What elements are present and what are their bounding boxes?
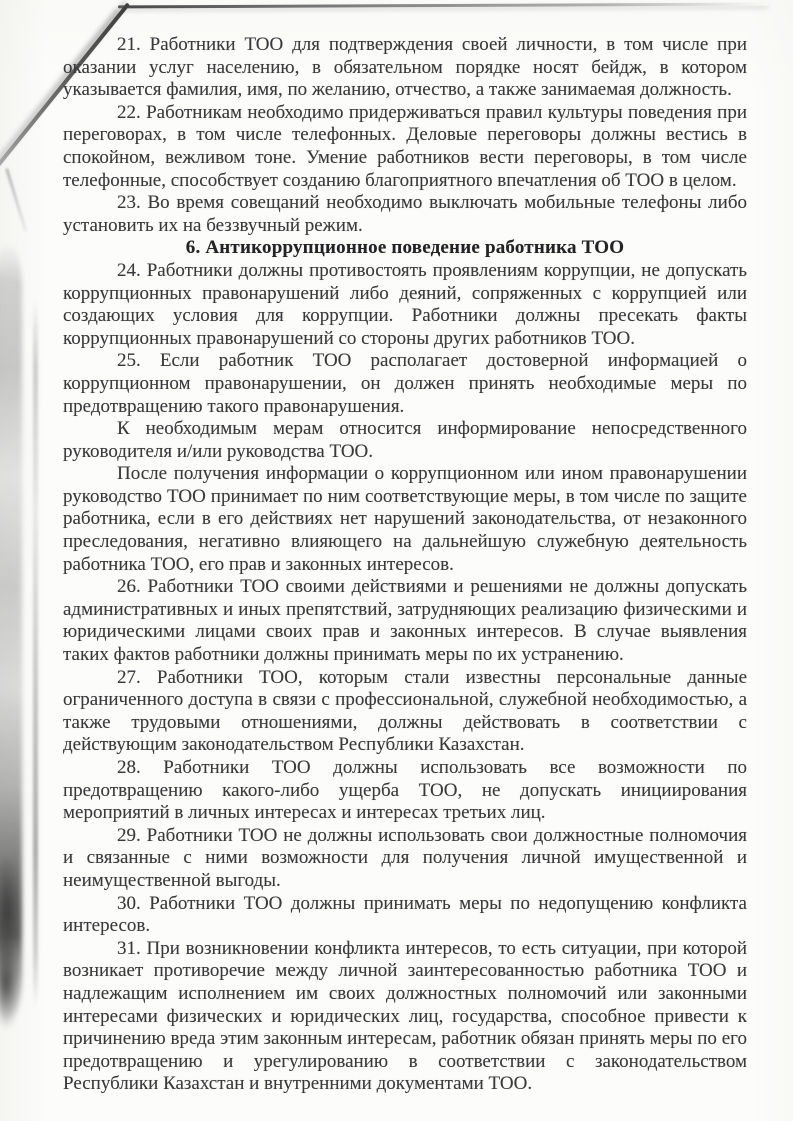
scan-artifact-left-smudge-dark-lower xyxy=(0,935,21,1030)
section-heading: 6. Антикоррупционное поведение работника… xyxy=(63,237,747,260)
scan-artifact-left-streak xyxy=(33,298,38,1010)
paragraph: 30. Работники ТОО должны принимать меры … xyxy=(63,893,747,938)
paragraph: 23. Во время совещаний необходимо выключ… xyxy=(63,192,747,237)
scanned-page: 21. Работники ТОО для подтверждения свое… xyxy=(0,0,793,1121)
paragraph: 26. Работники ТОО своими действиями и ре… xyxy=(63,576,747,666)
paragraph: 22. Работникам необходимо придерживаться… xyxy=(63,102,747,192)
paragraph: 24. Работники должны противостоять прояв… xyxy=(63,260,747,350)
scan-artifact-left-smudge xyxy=(0,243,22,1021)
scan-artifact-left-smudge-dark-upper xyxy=(0,856,22,966)
paragraph: 29. Работники ТОО не должны использовать… xyxy=(63,825,747,893)
paragraph: К необходимым мерам относится информиров… xyxy=(63,418,747,463)
document-body: 21. Работники ТОО для подтверждения свое… xyxy=(63,34,747,1096)
paragraph: После получения информации о коррупционн… xyxy=(63,463,747,576)
paragraph: 27. Работники ТОО, которым стали известн… xyxy=(63,667,747,757)
paragraph: 25. Если работник ТОО располагает достов… xyxy=(63,350,747,418)
paragraph: 31. При возникновении конфликта интересо… xyxy=(63,938,747,1096)
scan-artifact-corner-fold-tail xyxy=(5,168,27,232)
paragraph: 21. Работники ТОО для подтверждения свое… xyxy=(63,34,747,102)
paragraph: 28. Работники ТОО должны использовать вс… xyxy=(63,757,747,825)
scan-artifact-top-edge xyxy=(118,3,768,9)
